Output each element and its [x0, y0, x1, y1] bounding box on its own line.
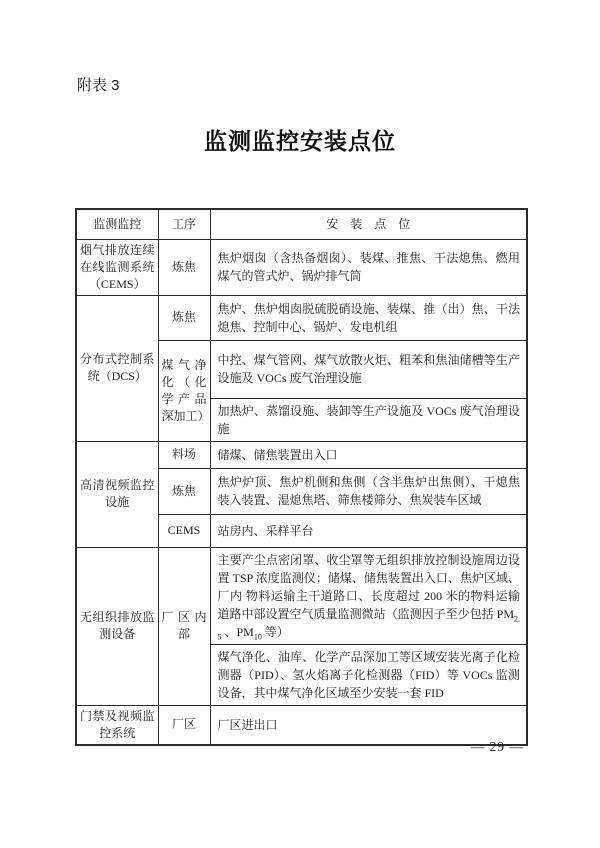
- cell-system-video: 高清视频监控设施: [76, 441, 158, 547]
- cell-points: 中控、煤气管网、煤气放散火炬、粗苯和焦油储槽等生产设施及 VOCs 废气治理设施: [210, 340, 527, 398]
- page-title: 监测监控安装点位: [0, 123, 600, 156]
- monitoring-points-table: 监测监控 工序 安 装 点 位 烟气排放连续在线监测系统（CEMS） 炼焦 焦炉…: [75, 208, 528, 746]
- cell-process: 炼焦: [158, 468, 210, 514]
- cell-process: CEMS: [158, 514, 210, 547]
- points-text-segment: 、PM: [222, 625, 254, 639]
- cell-points: 煤气净化、油库、化学产品深加工等区域安装光离子化检测器（PID）、氢火焰离子化检…: [210, 644, 527, 705]
- cell-system-cems: 烟气排放连续在线监测系统（CEMS）: [76, 239, 158, 295]
- header-points: 安 装 点 位: [210, 209, 527, 239]
- header-system: 监测监控: [76, 209, 158, 239]
- annex-label: 附表 3: [77, 74, 120, 95]
- cell-system-fugitive: 无组织排放监测设备: [76, 547, 158, 705]
- cell-system-access-control: 门禁及视频监控系统: [76, 705, 158, 745]
- cell-system-dcs: 分布式控制系统（DCS）: [76, 295, 158, 441]
- table-row: 分布式控制系统（DCS） 炼焦 焦炉、焦炉烟囱脱硫脱硝设施、装煤、推（出）焦、干…: [76, 295, 527, 340]
- table-row: 无组织排放监测设备 厂区内部 主要产尘点密闭罩、收尘罩等无组织排放控制设施周边设…: [76, 547, 527, 644]
- points-text-segment: 主要产尘点密闭罩、收尘罩等无组织排放控制设施周边设置 TSP 浓度监测仪；储煤、…: [218, 553, 521, 621]
- cell-points: 焦炉炉顶、焦炉机侧和焦侧（含半焦炉出焦侧）、干熄焦装入装置、湿熄焦塔、筛焦楼筛分…: [210, 468, 527, 514]
- cell-process: 厂区: [158, 705, 210, 745]
- cell-process-gas-purification: 煤气净化（化学产品深加工）: [158, 340, 210, 441]
- cell-points: 焦炉烟囱（含热备烟囱）、装煤、推焦、干法熄焦、燃用煤气的管式炉、锅炉排气筒: [210, 239, 527, 295]
- document-page: { "page": { "annex_label": "附表 3", "titl…: [0, 0, 600, 848]
- cell-points: 站房内、采样平台: [210, 514, 527, 547]
- cell-points-with-subscripts: 主要产尘点密闭罩、收尘罩等无组织排放控制设施周边设置 TSP 浓度监测仪；储煤、…: [210, 547, 527, 644]
- cell-process: 炼焦: [158, 239, 210, 295]
- points-text-segment: 等）: [262, 625, 289, 639]
- table-row: 烟气排放连续在线监测系统（CEMS） 炼焦 焦炉烟囱（含热备烟囱）、装煤、推焦、…: [76, 239, 527, 295]
- table-row: 门禁及视频监控系统 厂区 厂区进出口: [76, 705, 527, 745]
- cell-points: 加热炉、蒸馏设施、装卸等生产设施及 VOCs 废气治理设施: [210, 398, 527, 441]
- cell-process: 料场: [158, 441, 210, 468]
- table-header-row: 监测监控 工序 安 装 点 位: [76, 209, 527, 239]
- page-number: — 29 —: [471, 739, 524, 755]
- cell-points: 储煤、储焦装置出入口: [210, 441, 527, 468]
- cell-process-plant-interior: 厂区内部: [158, 547, 210, 705]
- cell-process: 炼焦: [158, 295, 210, 340]
- table-row: 高清视频监控设施 料场 储煤、储焦装置出入口: [76, 441, 527, 468]
- header-process: 工序: [158, 209, 210, 239]
- pm10-subscript: 10: [254, 632, 262, 641]
- cell-points: 焦炉、焦炉烟囱脱硫脱硝设施、装煤、推（出）焦、干法熄焦、控制中心、锅炉、发电机组: [210, 295, 527, 340]
